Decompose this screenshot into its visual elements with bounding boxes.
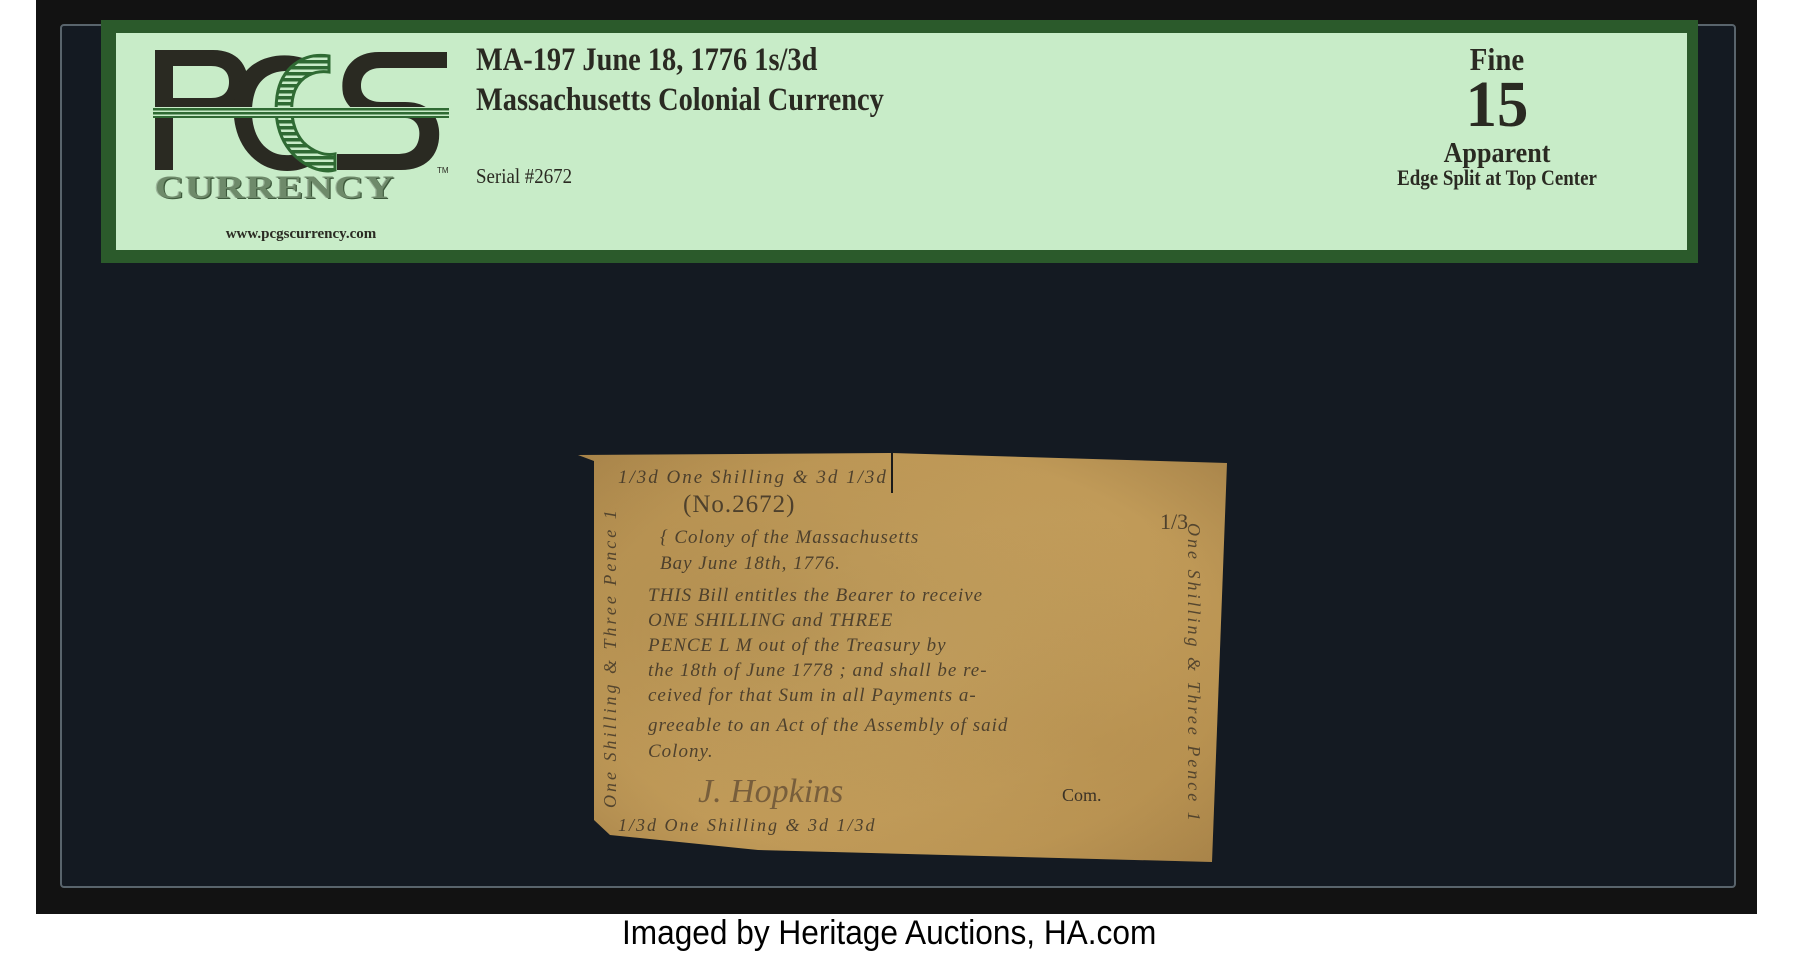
pcgs-currency-logo: TM CURRENCY www.pcgscurrency.com [153, 48, 449, 248]
note-line: greeable to an Act of the Assembly of sa… [648, 715, 1008, 737]
currency-description: Massachusetts Colonial Currency [476, 82, 884, 119]
catalog-title: MA-197 June 18, 1776 1s/3d [476, 42, 817, 79]
note-committee: Com. [1062, 785, 1102, 806]
note-line: ONE SHILLING and THREE [648, 610, 893, 632]
pcgs-logo-icon [153, 48, 449, 173]
label-panel: TM CURRENCY www.pcgscurrency.com MA-197 … [116, 33, 1687, 250]
note-border-bottom: 1/3d One Shilling & 3d 1/3d [618, 815, 877, 836]
image-credit-caption: Imaged by Heritage Auctions, HA.com [622, 913, 1143, 953]
note-line: PENCE L M out of the Treasury by [648, 635, 947, 657]
note-line: Bay June 18th, 1776. [660, 553, 841, 575]
pcgs-url: www.pcgscurrency.com [153, 226, 449, 243]
grading-label: TM CURRENCY www.pcgscurrency.com MA-197 … [101, 20, 1698, 263]
note-border-left: One Shilling & Three Pence 1/3d [600, 508, 626, 808]
note-border-top: 1/3d One Shilling & 3d 1/3d [618, 467, 888, 489]
note-line: the 18th of June 1778 ; and shall be re- [648, 660, 988, 682]
note-line: { Colony of the Massachusetts [660, 527, 919, 549]
grade-number: 15 [1382, 65, 1612, 145]
note-line: THIS Bill entitles the Bearer to receive [648, 585, 983, 607]
note-line: Colony. [648, 741, 714, 763]
note-serial: (No.2672) [683, 491, 795, 519]
note-border-right: One Shilling & Three Pence 1/3d [1178, 523, 1204, 823]
banknote-image: 1/3d One Shilling & 3d 1/3d (No.2672) 1/… [578, 453, 1228, 863]
edge-split [891, 453, 893, 493]
serial-number: Serial #2672 [476, 164, 572, 189]
note-line: ceived for that Sum in all Payments a- [648, 685, 977, 707]
grade-comment: Edge Split at Top Center [1376, 165, 1619, 191]
currency-wordmark: CURRENCY [155, 173, 514, 203]
note-signature: J. Hopkins [698, 773, 843, 811]
